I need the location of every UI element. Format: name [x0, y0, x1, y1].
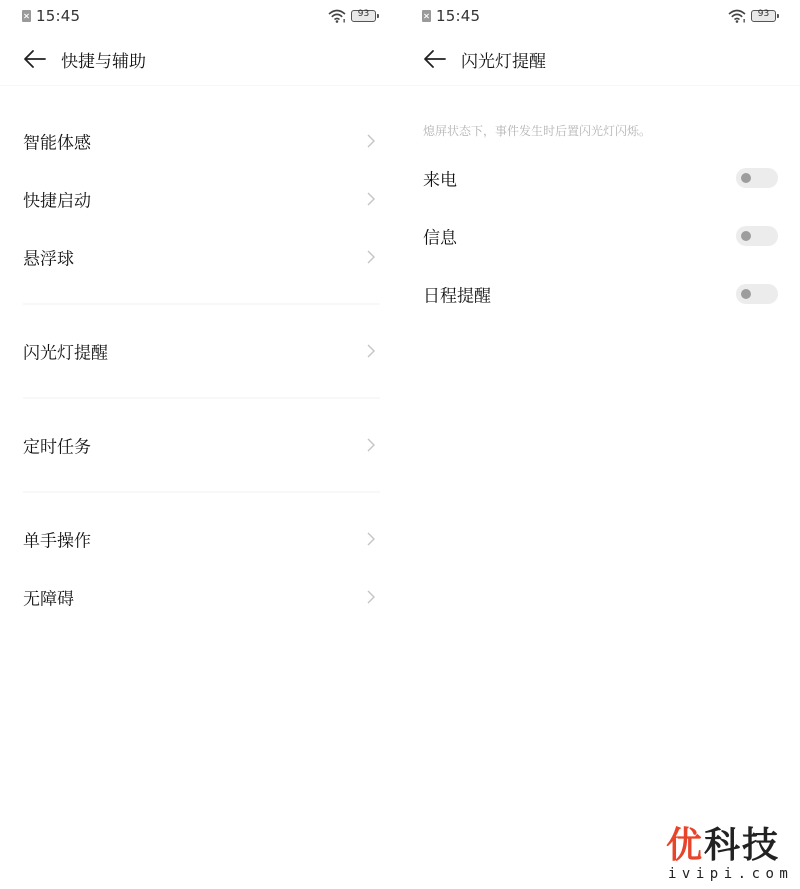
watermark-logo: 优科技 ivipi.com [666, 826, 796, 886]
description-hint: 熄屏状态下，事件发生时后置闪光灯闪烁。 [423, 122, 651, 139]
flash-reminder-screen: 15:45 93 闪光灯提醒 熄屏状态下，事件发生时后置闪光灯闪烁。 来电 信息 [400, 0, 800, 889]
sim-absent-icon [22, 10, 31, 22]
status-time: 15:45 [36, 7, 80, 25]
toggle-label: 来电 [423, 166, 457, 191]
chevron-right-icon [366, 191, 376, 207]
list-item-label: 快捷启动 [23, 187, 91, 212]
chevron-right-icon [366, 589, 376, 605]
section-divider [23, 491, 380, 493]
chevron-right-icon [366, 343, 376, 359]
chevron-right-icon [366, 531, 376, 547]
toggle-knob [741, 231, 751, 241]
toggle-knob [741, 173, 751, 183]
toggle-row-calendar-reminder: 日程提醒 [400, 265, 800, 323]
message-toggle[interactable] [736, 226, 778, 246]
list-item-one-hand-mode[interactable]: 单手操作 [0, 510, 400, 568]
page-title: 快捷与辅助 [61, 47, 146, 72]
page-title: 闪光灯提醒 [461, 47, 546, 72]
toggle-knob [741, 289, 751, 299]
arrow-left-icon[interactable] [422, 48, 448, 70]
battery-level: 93 [752, 9, 775, 19]
list-item-smart-motion[interactable]: 智能体感 [0, 112, 400, 170]
arrow-left-icon[interactable] [22, 48, 48, 70]
wifi-icon [728, 9, 746, 23]
list-item-label: 无障碍 [23, 585, 74, 610]
chevron-right-icon [366, 437, 376, 453]
wifi-icon [328, 9, 346, 23]
status-bar: 15:45 93 [400, 0, 800, 32]
watermark-brand: 优科技 [666, 826, 796, 866]
list-item-flash-reminder[interactable]: 闪光灯提醒 [0, 322, 400, 380]
chevron-right-icon [366, 249, 376, 265]
incoming-call-toggle[interactable] [736, 168, 778, 188]
section-divider [23, 303, 380, 305]
calendar-reminder-toggle[interactable] [736, 284, 778, 304]
chevron-right-icon [366, 133, 376, 149]
list-item-floating-ball[interactable]: 悬浮球 [0, 228, 400, 286]
toggle-row-incoming-call: 来电 [400, 149, 800, 207]
status-bar: 15:45 93 [0, 0, 400, 32]
list-item-scheduled-tasks[interactable]: 定时任务 [0, 416, 400, 474]
list-item-label: 单手操作 [23, 527, 91, 552]
list-item-label: 悬浮球 [23, 245, 74, 270]
section-divider [23, 397, 380, 399]
toggle-label: 日程提醒 [423, 282, 491, 307]
list-item-accessibility[interactable]: 无障碍 [0, 568, 400, 626]
toggle-label: 信息 [423, 224, 457, 249]
watermark-brand-accent: 优 [666, 825, 704, 866]
list-item-label: 闪光灯提醒 [23, 339, 108, 364]
battery-icon: 93 [751, 10, 776, 22]
watermark-brand-rest: 科技 [704, 825, 780, 866]
status-time: 15:45 [436, 7, 480, 25]
app-bar: 闪光灯提醒 [400, 32, 800, 86]
watermark-domain: ivipi.com [668, 866, 796, 882]
battery-level: 93 [352, 9, 375, 19]
sim-absent-icon [422, 10, 431, 22]
toggle-row-message: 信息 [400, 207, 800, 265]
list-item-quick-launch[interactable]: 快捷启动 [0, 170, 400, 228]
app-bar: 快捷与辅助 [0, 32, 400, 86]
battery-icon: 93 [351, 10, 376, 22]
list-item-label: 定时任务 [23, 433, 91, 458]
quick-assist-screen: 15:45 93 快捷与辅助 智能体感 快捷启动 悬浮球 [0, 0, 400, 889]
list-item-label: 智能体感 [23, 129, 91, 154]
